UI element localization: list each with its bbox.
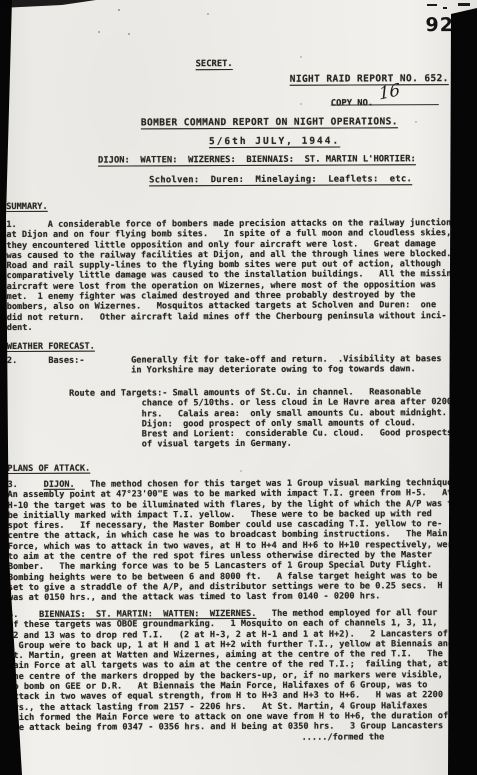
copy-number-label: COPY NO.: [331, 98, 373, 108]
text-segment: 3.: [7, 480, 43, 490]
summary-paragraph: 1. A considerable force of bombers made …: [6, 218, 457, 333]
targets-line-2: Scholven: Duren: Minelaying: Leaflets: e…: [149, 174, 412, 185]
text-line: the attack being from 0347 - 0356 hrs. a…: [8, 721, 453, 733]
text-line: in Yorkshire may deteriorate owing to fo…: [7, 364, 442, 376]
targets-line-1: DIJON: WATTEN: WIZERNES: BIENNAIS: ST. M…: [98, 154, 416, 165]
report-title: NIGHT RAID REPORT NO. 652.: [290, 73, 449, 85]
classification-heading: SECRET.: [196, 59, 233, 69]
summary-heading-text: SUMMARY.: [6, 202, 47, 212]
document-content: 92 SECRET. NIGHT RAID REPORT NO. 652. CO…: [0, 0, 477, 775]
weather-forecast-heading: WEATHER FORECAST.: [7, 342, 95, 353]
main-title: BOMBER COMMAND REPORT ON NIGHT OPERATION…: [141, 116, 398, 128]
summary-heading: SUMMARY.: [6, 202, 47, 212]
plans-of-attack-heading: PLANS OF ATTACK.: [7, 464, 90, 475]
continuation-footer: ...../formed the: [302, 732, 385, 743]
scan-mark: [443, 7, 447, 9]
page-number: 92: [425, 14, 454, 36]
text-segment: 4.: [8, 610, 39, 620]
text-line: dent.: [7, 321, 457, 333]
dijon-paragraph: 3. DIJON. The method chosen for this tar…: [7, 478, 458, 604]
scan-noise-speckles: [0, 0, 2, 2]
copy-number-line: COPY NO. 16: [331, 90, 439, 105]
scan-mark: [458, 3, 470, 6]
route-and-targets-paragraph: Route and Targets:- Small amounts of St.…: [7, 387, 452, 451]
underlined-text-segment: DIJON.: [44, 480, 75, 490]
copy-number-handwritten: 16: [378, 80, 401, 105]
text-line: was at 0150 hrs., and the attack was tim…: [8, 591, 458, 603]
text-line: of visual targets in Germany.: [7, 439, 452, 451]
weather-forecast-heading-text: WEATHER FORECAST.: [7, 342, 95, 352]
scan-mark: [427, 4, 437, 6]
flying-bomb-sites-paragraph: 4. BIENNAIS: ST. MARTIN: WATTEN: WIZERNE…: [8, 608, 454, 734]
text-line: did not return. Other aircraft laid mine…: [7, 311, 457, 323]
bases-paragraph: 2. Bases:- Generally fit for take-off an…: [7, 354, 442, 376]
plans-of-attack-heading-text: PLANS OF ATTACK.: [7, 464, 90, 474]
scanned-document-page: 92 SECRET. NIGHT RAID REPORT NO. 652. CO…: [0, 0, 477, 775]
date-line: 5/6th JULY, 1944.: [209, 136, 340, 148]
